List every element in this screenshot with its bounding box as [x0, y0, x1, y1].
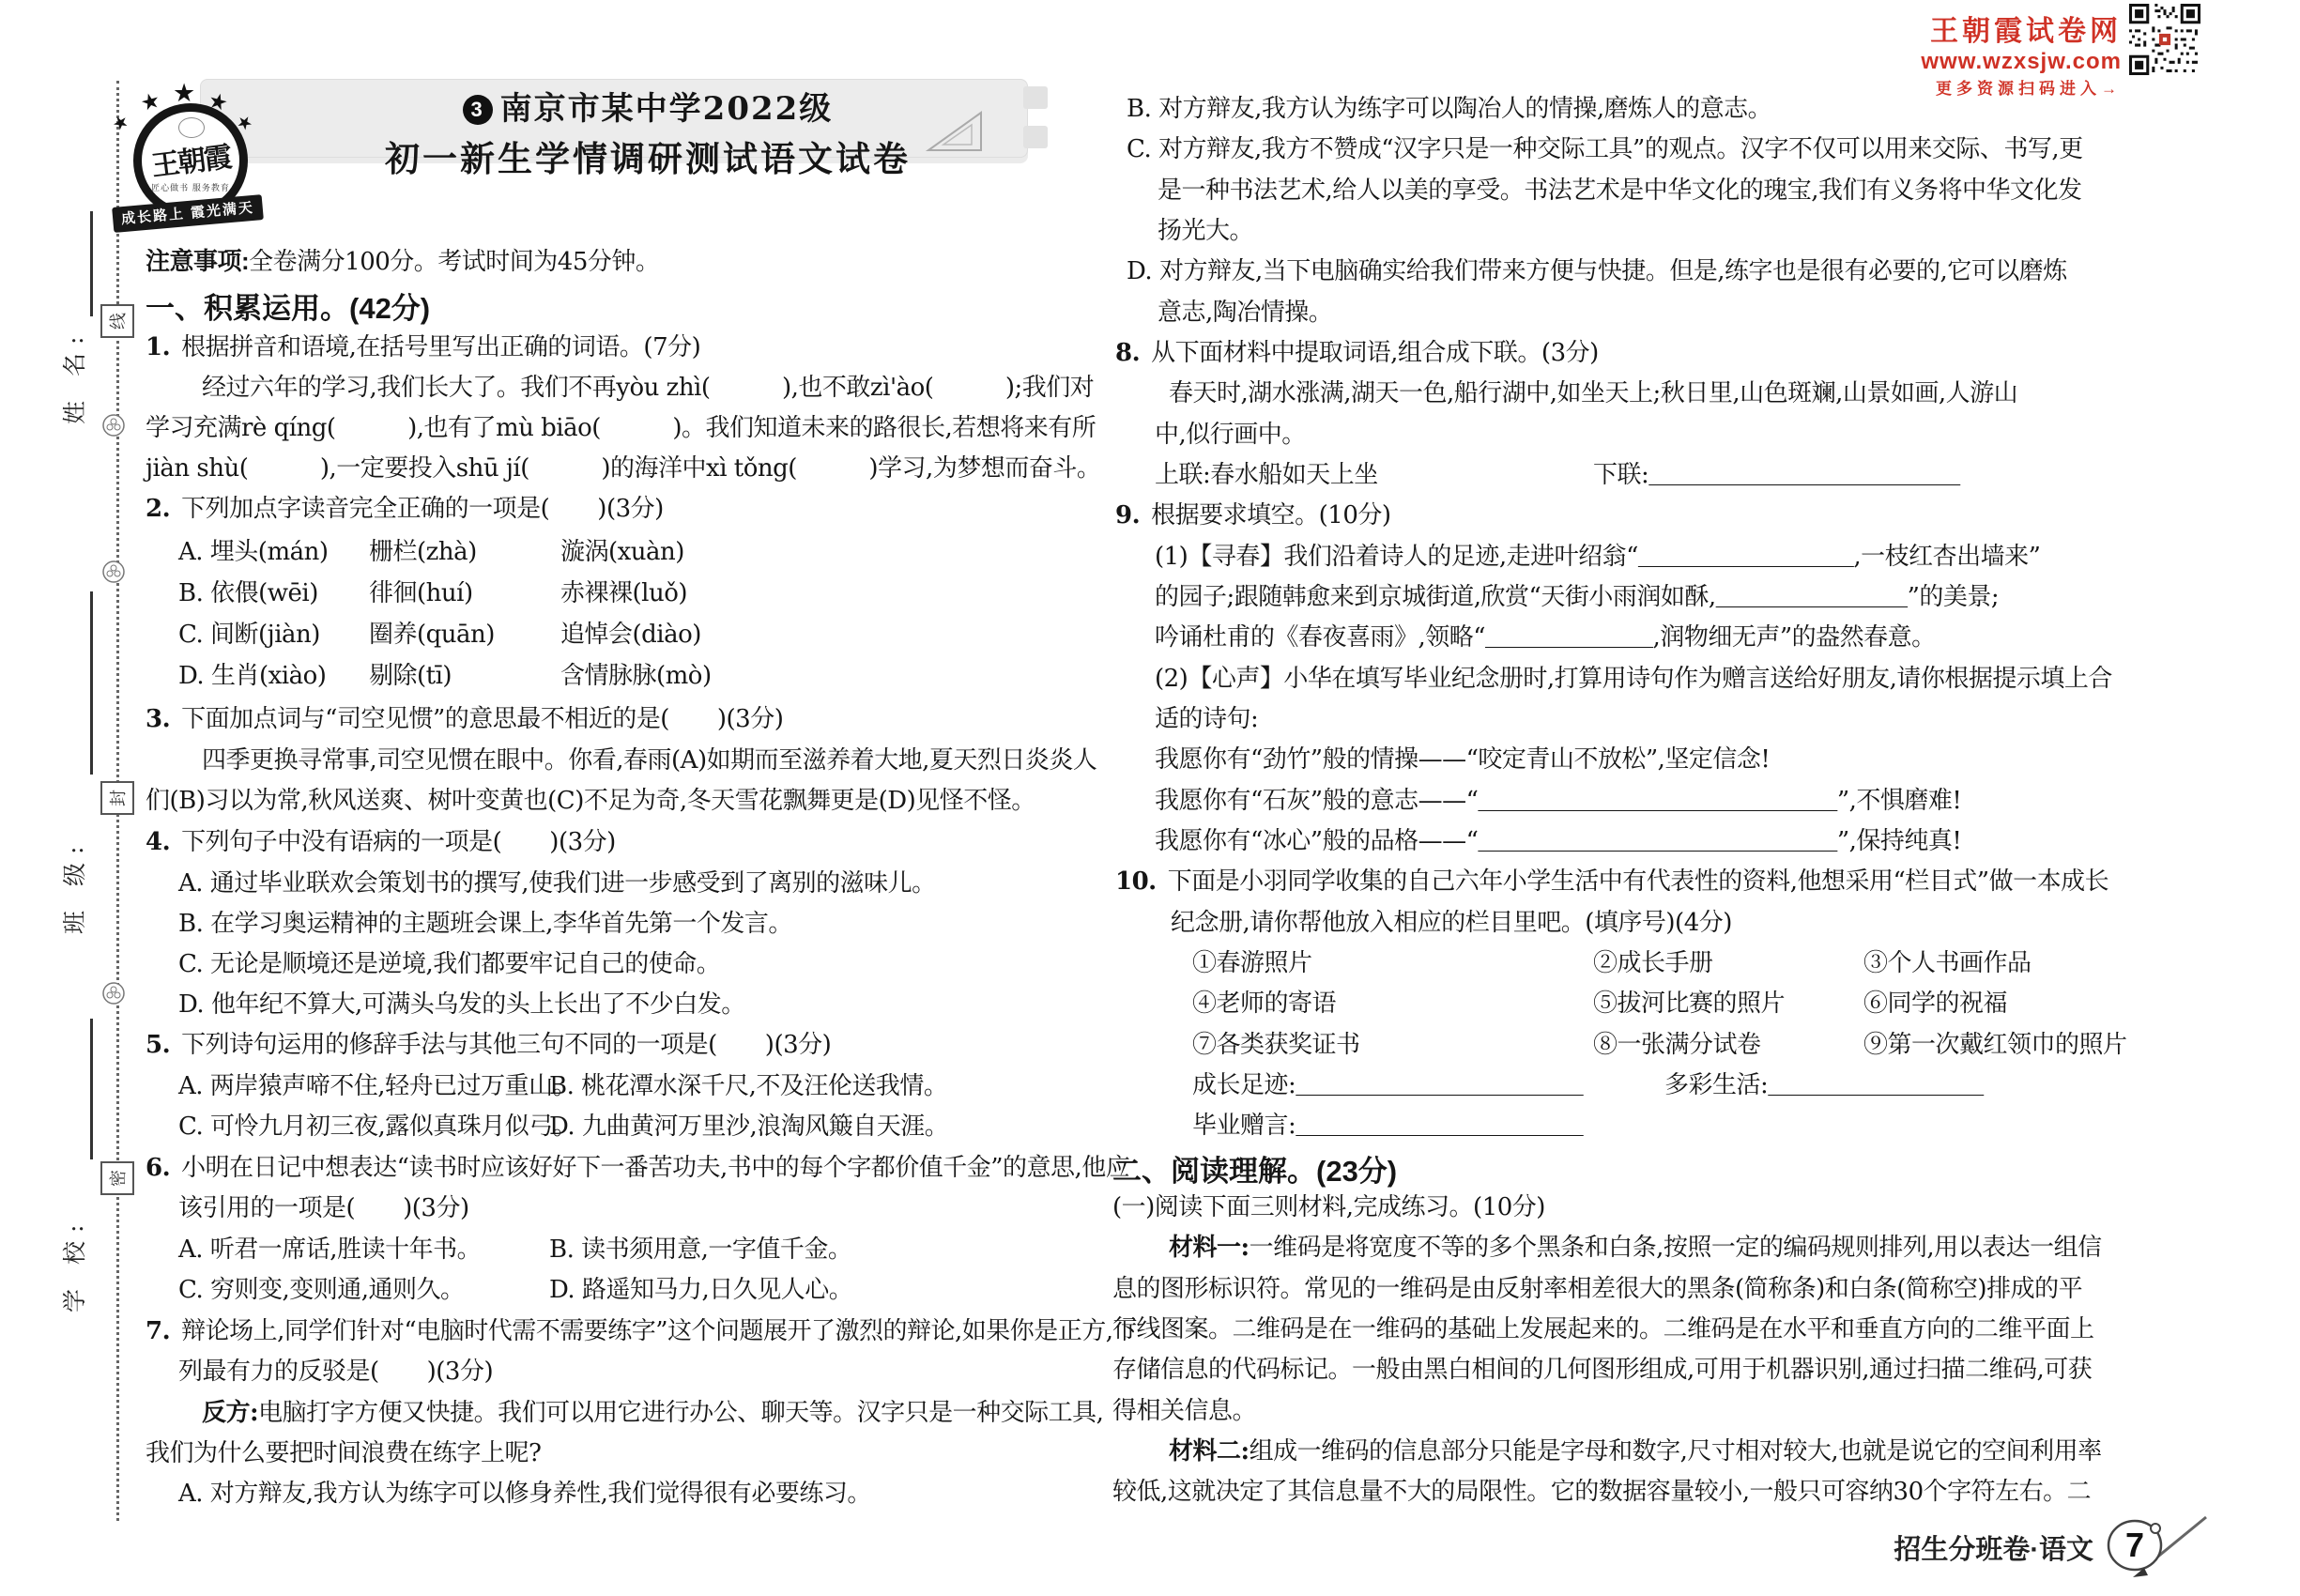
fill-blank: 多彩生活:＿＿＿＿＿＿＿＿＿ — [1664, 1066, 1984, 1100]
q9-sub1-line: 吟诵杜甫的《春夜喜雨》,领略“＿＿＿＿＿＿＿,润物细无声”的盎然春意。 — [1155, 618, 1936, 657]
option: D. 生肖(xiào) — [178, 656, 326, 691]
q9-wish-line: 我愿你有“冰心”般的品格——“＿＿＿＿＿＿＿＿＿＿＿＿＿＿＿”,保持纯真! — [1155, 821, 1961, 861]
numbered-item: ③个人书画作品 — [1863, 944, 2032, 978]
option: 漩涡(xuàn) — [560, 532, 684, 567]
seal-char: 线 — [105, 313, 130, 330]
q10-fill-row: 成长足迹:＿＿＿＿＿＿＿＿＿＿＿＿多彩生活:＿＿＿＿＿＿＿＿＿ — [1112, 1066, 2023, 1105]
couplet-lower-blank: 下联:＿＿＿＿＿＿＿＿＿＿＿＿＿ — [1593, 455, 1960, 490]
question-number: 8. — [1115, 339, 1151, 367]
q8-material-line: 中,似行画中。 — [1155, 415, 1306, 454]
option: C. 穷则变,变则通,通则久。 — [178, 1270, 465, 1305]
question-number: 5. — [146, 1031, 181, 1059]
q7-option: B. 对方辩友,我方认为练字可以陶冶人的情操,磨炼人的意志。 — [1127, 89, 1771, 129]
question-number: 10. — [1115, 867, 1168, 896]
school-field-blank — [90, 1019, 93, 1159]
q1-passage-line: 经过六年的学习,我们长大了。我们不再yòu zhì( ),也不敢zì'ào( )… — [202, 368, 1094, 407]
q10-item-row: ⑦各类获奖证书⑧一张满分试卷⑨第一次戴红领巾的照片 — [1112, 1025, 2023, 1065]
q3-passage-line: 们(B)习以为常,秋风送爽、树叶变黄也(C)不足为奇,冬天雪花飘舞更是(D)见怪… — [146, 781, 1035, 821]
question-number: 1. — [146, 333, 181, 361]
right-column: B. 对方辩友,我方认为练字可以陶冶人的情操,磨炼人的意志。 C. 对方辩友,我… — [1112, 0, 2023, 1596]
q9-sub1-line: (1)【寻春】我们沿着诗人的足迹,走进叶绍翁“＿＿＿＿＿＿＿＿＿,一枝红杏出墙来… — [1155, 537, 2040, 576]
seal-box-seal: 封 — [100, 781, 134, 815]
flower-ornament-icon — [101, 560, 126, 584]
q6-option-row: A. 听君一席话,胜读十年书。B. 读书须用意,一字值千金。 — [146, 1230, 1051, 1269]
q8-material-line: 春天时,湖水涨满,湖天一色,船行湖中,如坐天上;秋日里,山色斑斓,山景如画,人游… — [1169, 374, 2017, 413]
q9-wish-line: 我愿你有“石灰”般的意志——“＿＿＿＿＿＿＿＿＿＿＿＿＿＿＿”,不惧磨难! — [1155, 781, 1961, 821]
reading-part-heading: (一)阅读下面三则材料,完成练习。(10分) — [1112, 1188, 1545, 1227]
q7-option: D. 对方辩友,当下电脑确实给我们带来方便与快捷。但是,练字也是很有必要的,它可… — [1127, 252, 2067, 291]
notice-label: 注意事项: — [146, 247, 249, 275]
q9-wish-line: 我愿你有“劲竹”般的情操——“咬定青山不放松”,坚定信念! — [1155, 740, 1770, 779]
question-number: 2. — [146, 495, 181, 523]
material-1-line: 存储信息的代码标记。一般由黑白相间的几何图形组成,可用于机器识别,通过扫描二维码… — [1112, 1350, 2092, 1389]
con-side-label: 反方: — [202, 1399, 258, 1427]
notice-text: 全卷满分100分。考试时间为45分钟。 — [249, 248, 659, 276]
q7-con-side-cont: 我们为什么要把时间浪费在练字上呢? — [146, 1434, 541, 1473]
option: 圈养(quān) — [369, 615, 495, 650]
stem-text: 下面加点词与“司空见惯”的意思最不相近的是( )(3分) — [181, 705, 783, 733]
left-column: 注意事项:全卷满分100分。考试时间为45分钟。 一、积累运用。(42分) 1.… — [146, 0, 1051, 1596]
q2-option-row: D. 生肖(xiào)剔除(tī)含情脉脉(mò) — [146, 656, 1051, 696]
q7-option-cont: 是一种书法艺术,给人以美的享受。书法艺术是中华文化的瑰宝,我们有义务将中华文化发 — [1158, 171, 2082, 210]
material-2-label: 材料二: — [1169, 1437, 1250, 1466]
stem-text: 下列加点字读音完全正确的一项是( )(3分) — [181, 495, 664, 523]
q7-option-cont: 扬光大。 — [1158, 211, 1253, 251]
option: B. 依偎(wēi) — [178, 574, 318, 608]
question-number: 3. — [146, 705, 181, 733]
q4-option: D. 他年纪不算大,可满头乌发的头上长出了不少白发。 — [178, 985, 745, 1024]
option: D. 路遥知马力,日久见人心。 — [549, 1270, 852, 1305]
option: D. 九曲黄河万里沙,浪淘风簸自天涯。 — [549, 1107, 948, 1142]
q5-option-row: A. 两岸猿声啼不住,轻舟已过万重山。B. 桃花潭水深千尺,不及汪伦送我情。 — [146, 1067, 1051, 1106]
q9-sub1-line: 的园子;跟随韩愈来到京城街道,欣赏“天街小雨润如酥,＿＿＿＿＿＿＿＿”的美景; — [1155, 577, 1999, 617]
name-field-label: 姓 名: — [56, 329, 90, 424]
q3-passage-line: 四季更换寻常事,司空见惯在眼中。你看,春雨(A)如期而至滋养着大地,夏天烈日炎炎… — [202, 741, 1096, 780]
option: B. 桃花潭水深千尺,不及汪伦送我情。 — [549, 1067, 947, 1101]
con-side-text: 电脑打字方便又快捷。我们可以用它进行办公、聊天等。汉字只是一种交际工具, — [258, 1399, 1103, 1427]
section-2-heading: 二、阅读理解。(23分) — [1112, 1147, 1397, 1187]
q7-option: A. 对方辩友,我方认为练字可以修身养性,我们觉得很有必要练习。 — [178, 1474, 871, 1513]
option: B. 读书须用意,一字值千金。 — [549, 1230, 851, 1265]
q10-stem-cont: 纪念册,请你帮他放入相应的栏目里吧。(填序号)(4分) — [1171, 903, 1732, 943]
star-icon: ★ — [109, 110, 133, 136]
option: 含情脉脉(mò) — [560, 656, 712, 691]
option: C. 可怜九月初三夜,露似真珠月似弓。 — [178, 1107, 576, 1142]
option: 剔除(tī) — [369, 656, 452, 691]
option: A. 听君一席话,胜读十年书。 — [178, 1230, 481, 1265]
page-number: 7 — [2125, 1526, 2144, 1564]
q1-passage-line: jiàn shù( ),一定要投入shū jí( )的海洋中xì tǒng( )… — [146, 449, 1100, 488]
stem-text: 下面是小羽同学收集的自己六年小学生活中有代表性的资料,他想采用“栏目式”做一本成… — [1168, 867, 2108, 896]
q8-stem: 8.从下面材料中提取词语,组合成下联。(3分) — [1115, 333, 1599, 373]
option: C. 间断(jiàn) — [178, 615, 320, 650]
q10-item-row: ①春游照片②成长手册③个人书画作品 — [1112, 944, 2023, 983]
stem-text: 根据要求填空。(10分) — [1151, 501, 1390, 529]
question-number: 7. — [146, 1317, 181, 1345]
stem-text: 从下面材料中提取词语,组合成下联。(3分) — [1151, 339, 1599, 367]
school-field-label: 学 校: — [56, 1217, 90, 1312]
footer-label: 招生分班卷·语文 — [1812, 1528, 2093, 1567]
option: 栅栏(zhà) — [369, 532, 477, 567]
notice-line: 注意事项:全卷满分100分。考试时间为45分钟。 — [146, 242, 659, 282]
material-text: 一维码是将宽度不等的多个黑条和白条,按照一定的编码规则排列,用以表达一组信 — [1250, 1234, 2102, 1262]
material-1-label: 材料一: — [1169, 1234, 1250, 1262]
option: 徘徊(huí) — [369, 574, 473, 608]
seal-box-secret: 密 — [100, 1161, 134, 1195]
q5-option-row: C. 可怜九月初三夜,露似真珠月似弓。D. 九曲黄河万里沙,浪淘风簸自天涯。 — [146, 1107, 1051, 1146]
q2-stem: 2.下列加点字读音完全正确的一项是( )(3分) — [146, 489, 664, 529]
name-field-blank — [90, 211, 93, 316]
material-text: 组成一维码的信息部分只能是字母和数字,尺寸相对较大,也就是说它的空间利用率 — [1250, 1437, 2102, 1466]
numbered-item: ⑧一张满分试卷 — [1593, 1025, 1761, 1060]
q4-option: A. 通过毕业联欢会策划书的撰写,使我们进一步感受到了离别的滋味儿。 — [178, 864, 936, 903]
numbered-item: ⑥同学的祝福 — [1863, 984, 2007, 1019]
numbered-item: ⑦各类获奖证书 — [1192, 1025, 1360, 1060]
option: 赤裸裸(luǒ) — [560, 574, 687, 608]
fill-blank: 成长足迹:＿＿＿＿＿＿＿＿＿＿＿＿ — [1192, 1066, 1583, 1100]
material-2-line: 材料二:组成一维码的信息部分只能是字母和数字,尺寸相对较大,也就是说它的空间利用… — [1169, 1432, 2102, 1471]
option: A. 两岸猿声啼不住,轻舟已过万重山。 — [178, 1067, 576, 1101]
stem-text: 下列句子中没有语病的一项是( )(3分) — [181, 828, 616, 856]
seal-char: 密 — [105, 1170, 130, 1187]
q6-option-row: C. 穷则变,变则通,通则久。D. 路遥知马力,日久见人心。 — [146, 1270, 1051, 1310]
q7-option: C. 对方辩友,我方不赞成“汉字只是一种交际工具”的观点。汉字不仅可以用来交际、… — [1127, 130, 2083, 169]
palette-page-icon: 7 — [2095, 1510, 2217, 1583]
q3-stem: 3.下面加点词与“司空见惯”的意思最不相近的是( )(3分) — [146, 699, 783, 739]
seal-box-line: 线 — [100, 304, 134, 338]
stem-text: 根据拼音和语境,在括号里写出正确的词语。(7分) — [181, 333, 700, 361]
exam-paper-page: 王朝霞试卷网 www.wzxsjw.com 更多资源扫码进入→ 线 姓 名: 封… — [0, 0, 2300, 1596]
stem-text: 小明在日记中想表达“读书时应该好好下一番苦功夫,书中的每个字都价值千金”的意思,… — [181, 1154, 1129, 1182]
q2-option-row: B. 依偎(wēi)徘徊(huí)赤裸裸(luǒ) — [146, 574, 1051, 613]
q1-stem: 1.根据拼音和语境,在括号里写出正确的词语。(7分) — [146, 328, 700, 367]
qr-code-icon — [2129, 4, 2200, 75]
class-field-blank — [90, 591, 93, 775]
section-1-heading: 一、积累运用。(42分) — [146, 284, 430, 324]
question-number: 9. — [1115, 501, 1151, 529]
material-2-line: 较低,这就决定了其信息量不大的局限性。它的数据容量较小,一般只可容纳30个字符左… — [1112, 1472, 2091, 1512]
numbered-item: ⑨第一次戴红领巾的照片 — [1863, 1025, 2127, 1060]
numbered-item: ④老师的寄语 — [1192, 984, 1336, 1019]
material-1-line: 息的图形标识符。常见的一维码是由反射率相差很大的黑条(简称条)和白条(简称空)排… — [1112, 1269, 2082, 1309]
numbered-item: ①春游照片 — [1192, 944, 1312, 978]
option: A. 埋头(mán) — [178, 532, 329, 567]
material-1-line: 行线图案。二维码是在一维码的基础上发展起来的。二维码是在水平和垂直方向的二维平面… — [1112, 1310, 2094, 1349]
q1-passage-line: 学习充满rè qíng( ),也有了mù biāo( )。我们知道未来的路很长,… — [146, 408, 1096, 448]
q4-stem: 4.下列句子中没有语病的一项是( )(3分) — [146, 822, 616, 862]
material-1-line: 得相关信息。 — [1112, 1391, 1256, 1431]
question-number: 4. — [146, 828, 181, 856]
q8-couplet-row: 上联:春水船如天上坐下联:＿＿＿＿＿＿＿＿＿＿＿＿＿ — [1112, 455, 2023, 495]
q7-option-cont: 意志,陶冶情操。 — [1158, 293, 1332, 332]
option: 追悼会(diào) — [560, 615, 701, 650]
q7-con-side: 反方:电脑打字方便又快捷。我们可以用它进行办公、聊天等。汉字只是一种交际工具, — [202, 1393, 1103, 1433]
class-field-label: 班 级: — [56, 838, 90, 934]
stem-text: 下列诗句运用的修辞手法与其他三句不同的一项是( )(3分) — [181, 1031, 831, 1059]
numbered-item: ⑤拔河比赛的照片 — [1593, 984, 1785, 1019]
flower-ornament-icon — [101, 981, 126, 1005]
q7-stem: 7.辩论场上,同学们针对“电脑时代需不需要练字”这个问题展开了激烈的辩论,如果你… — [146, 1312, 1137, 1351]
q2-option-row: A. 埋头(mán)栅栏(zhà)漩涡(xuàn) — [146, 532, 1051, 572]
q10-item-row: ④老师的寄语⑤拔河比赛的照片⑥同学的祝福 — [1112, 984, 2023, 1023]
stem-text: 辩论场上,同学们针对“电脑时代需不需要练字”这个问题展开了激烈的辩论,如果你是正… — [181, 1317, 1137, 1345]
q4-option: C. 无论是顺境还是逆境,我们都要牢记自己的使命。 — [178, 944, 720, 984]
q7-stem-cont: 列最有力的反驳是( )(3分) — [178, 1352, 493, 1391]
q6-stem: 6.小明在日记中想表达“读书时应该好好下一番苦功夫,书中的每个字都价值千金”的意… — [146, 1148, 1129, 1188]
q4-option: B. 在学习奥运精神的主题班会课上,李华首先第一个发言。 — [178, 904, 792, 944]
q5-stem: 5.下列诗句运用的修辞手法与其他三句不同的一项是( )(3分) — [146, 1025, 831, 1065]
flower-ornament-icon — [101, 413, 126, 437]
q10-stem: 10.下面是小羽同学收集的自己六年小学生活中有代表性的资料,他想采用“栏目式”做… — [1115, 862, 2108, 901]
seal-char: 封 — [105, 790, 130, 806]
q10-fill-row: 毕业赠言:＿＿＿＿＿＿＿＿＿＿＿＿ — [1192, 1106, 1583, 1145]
numbered-item: ②成长手册 — [1593, 944, 1713, 978]
material-1-line: 材料一:一维码是将宽度不等的多个黑条和白条,按照一定的编码规则排列,用以表达一组… — [1169, 1228, 2102, 1267]
q2-option-row: C. 间断(jiàn)圈养(quān)追悼会(diào) — [146, 615, 1051, 654]
q9-sub2-line: (2)【心声】小华在填写毕业纪念册时,打算用诗句作为赠言送给好朋友,请你根据提示… — [1155, 659, 2112, 698]
question-number: 6. — [146, 1154, 181, 1182]
couplet-upper: 上联:春水船如天上坐 — [1155, 455, 1378, 490]
q6-stem-cont: 该引用的一项是( )(3分) — [178, 1189, 469, 1228]
q9-sub2-line: 适的诗句: — [1155, 699, 1258, 739]
q9-stem: 9.根据要求填空。(10分) — [1115, 496, 1391, 535]
